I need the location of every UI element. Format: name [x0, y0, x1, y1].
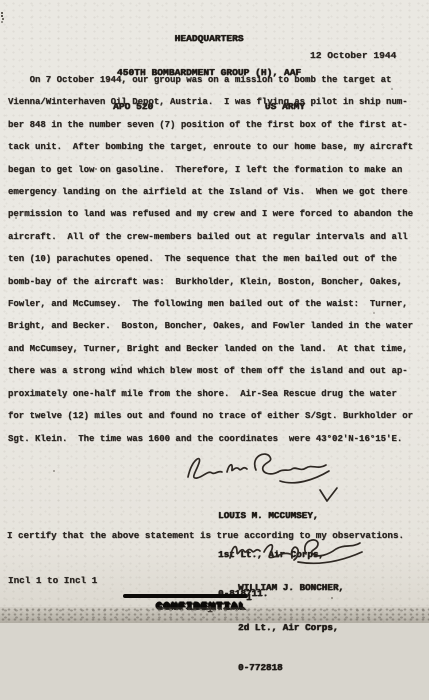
- body-line: aircraft. All of the crew-members bailed…: [8, 226, 424, 248]
- body-line: permission to land was refused and my cr…: [8, 203, 424, 225]
- body-line: bomb-bay of the aircraft was: Burkholder…: [8, 271, 424, 293]
- body-line: for twelve (12) miles out and found no t…: [8, 405, 424, 427]
- headquarters-line: HEADQUARTERS: [113, 33, 305, 44]
- body-line: tack unit. After bombing the target, enr…: [8, 136, 424, 158]
- body-line: Fowler, and McCumsey. The following men …: [8, 293, 424, 315]
- body-line: and McCumsey, Turner, Bright and Becker …: [8, 338, 424, 360]
- scan-bottom-edge: [0, 607, 429, 623]
- body-line: Sgt. Klein. The time was 1600 and the co…: [8, 428, 424, 450]
- body-line: there was a strong wind which blew most …: [8, 360, 424, 382]
- document-date: 12 October 1944: [310, 50, 396, 61]
- enclosure-note: Incl 1 to Incl 1: [8, 575, 97, 586]
- document-page: HEADQUARTERS 450TH BOMBARDMENT GROUP (H)…: [0, 0, 429, 623]
- body-line: ten (10) parachutes opened. The sequence…: [8, 248, 424, 270]
- body-line: On 7 October 1944, our group was on a mi…: [8, 69, 424, 91]
- signer-name: LOUIS M. MCCUMSEY,: [218, 509, 324, 522]
- scan-specks: [1, 12, 3, 14]
- redacted-classification-stamp: CONFIDENTIAL: [126, 589, 246, 603]
- body-line: began to get low on gasoline. Therefore,…: [8, 159, 424, 181]
- report-body: On 7 October 1944, our group was on a mi…: [8, 69, 424, 450]
- body-line: Vienna/Winterhaven Oil Depot, Austria. I…: [8, 91, 424, 113]
- body-line: Bright, and Becker. Boston, Boncher, Oak…: [8, 315, 424, 337]
- body-line: ber 848 in the number seven (7) position…: [8, 114, 424, 136]
- body-line: proximately one-half mile from the shore…: [8, 383, 424, 405]
- signer-name: WILLIAM J. BONCHER,: [238, 581, 344, 594]
- redaction-tail-mark: 1: [246, 592, 252, 603]
- body-line: emergency landing on the airfield at the…: [8, 181, 424, 203]
